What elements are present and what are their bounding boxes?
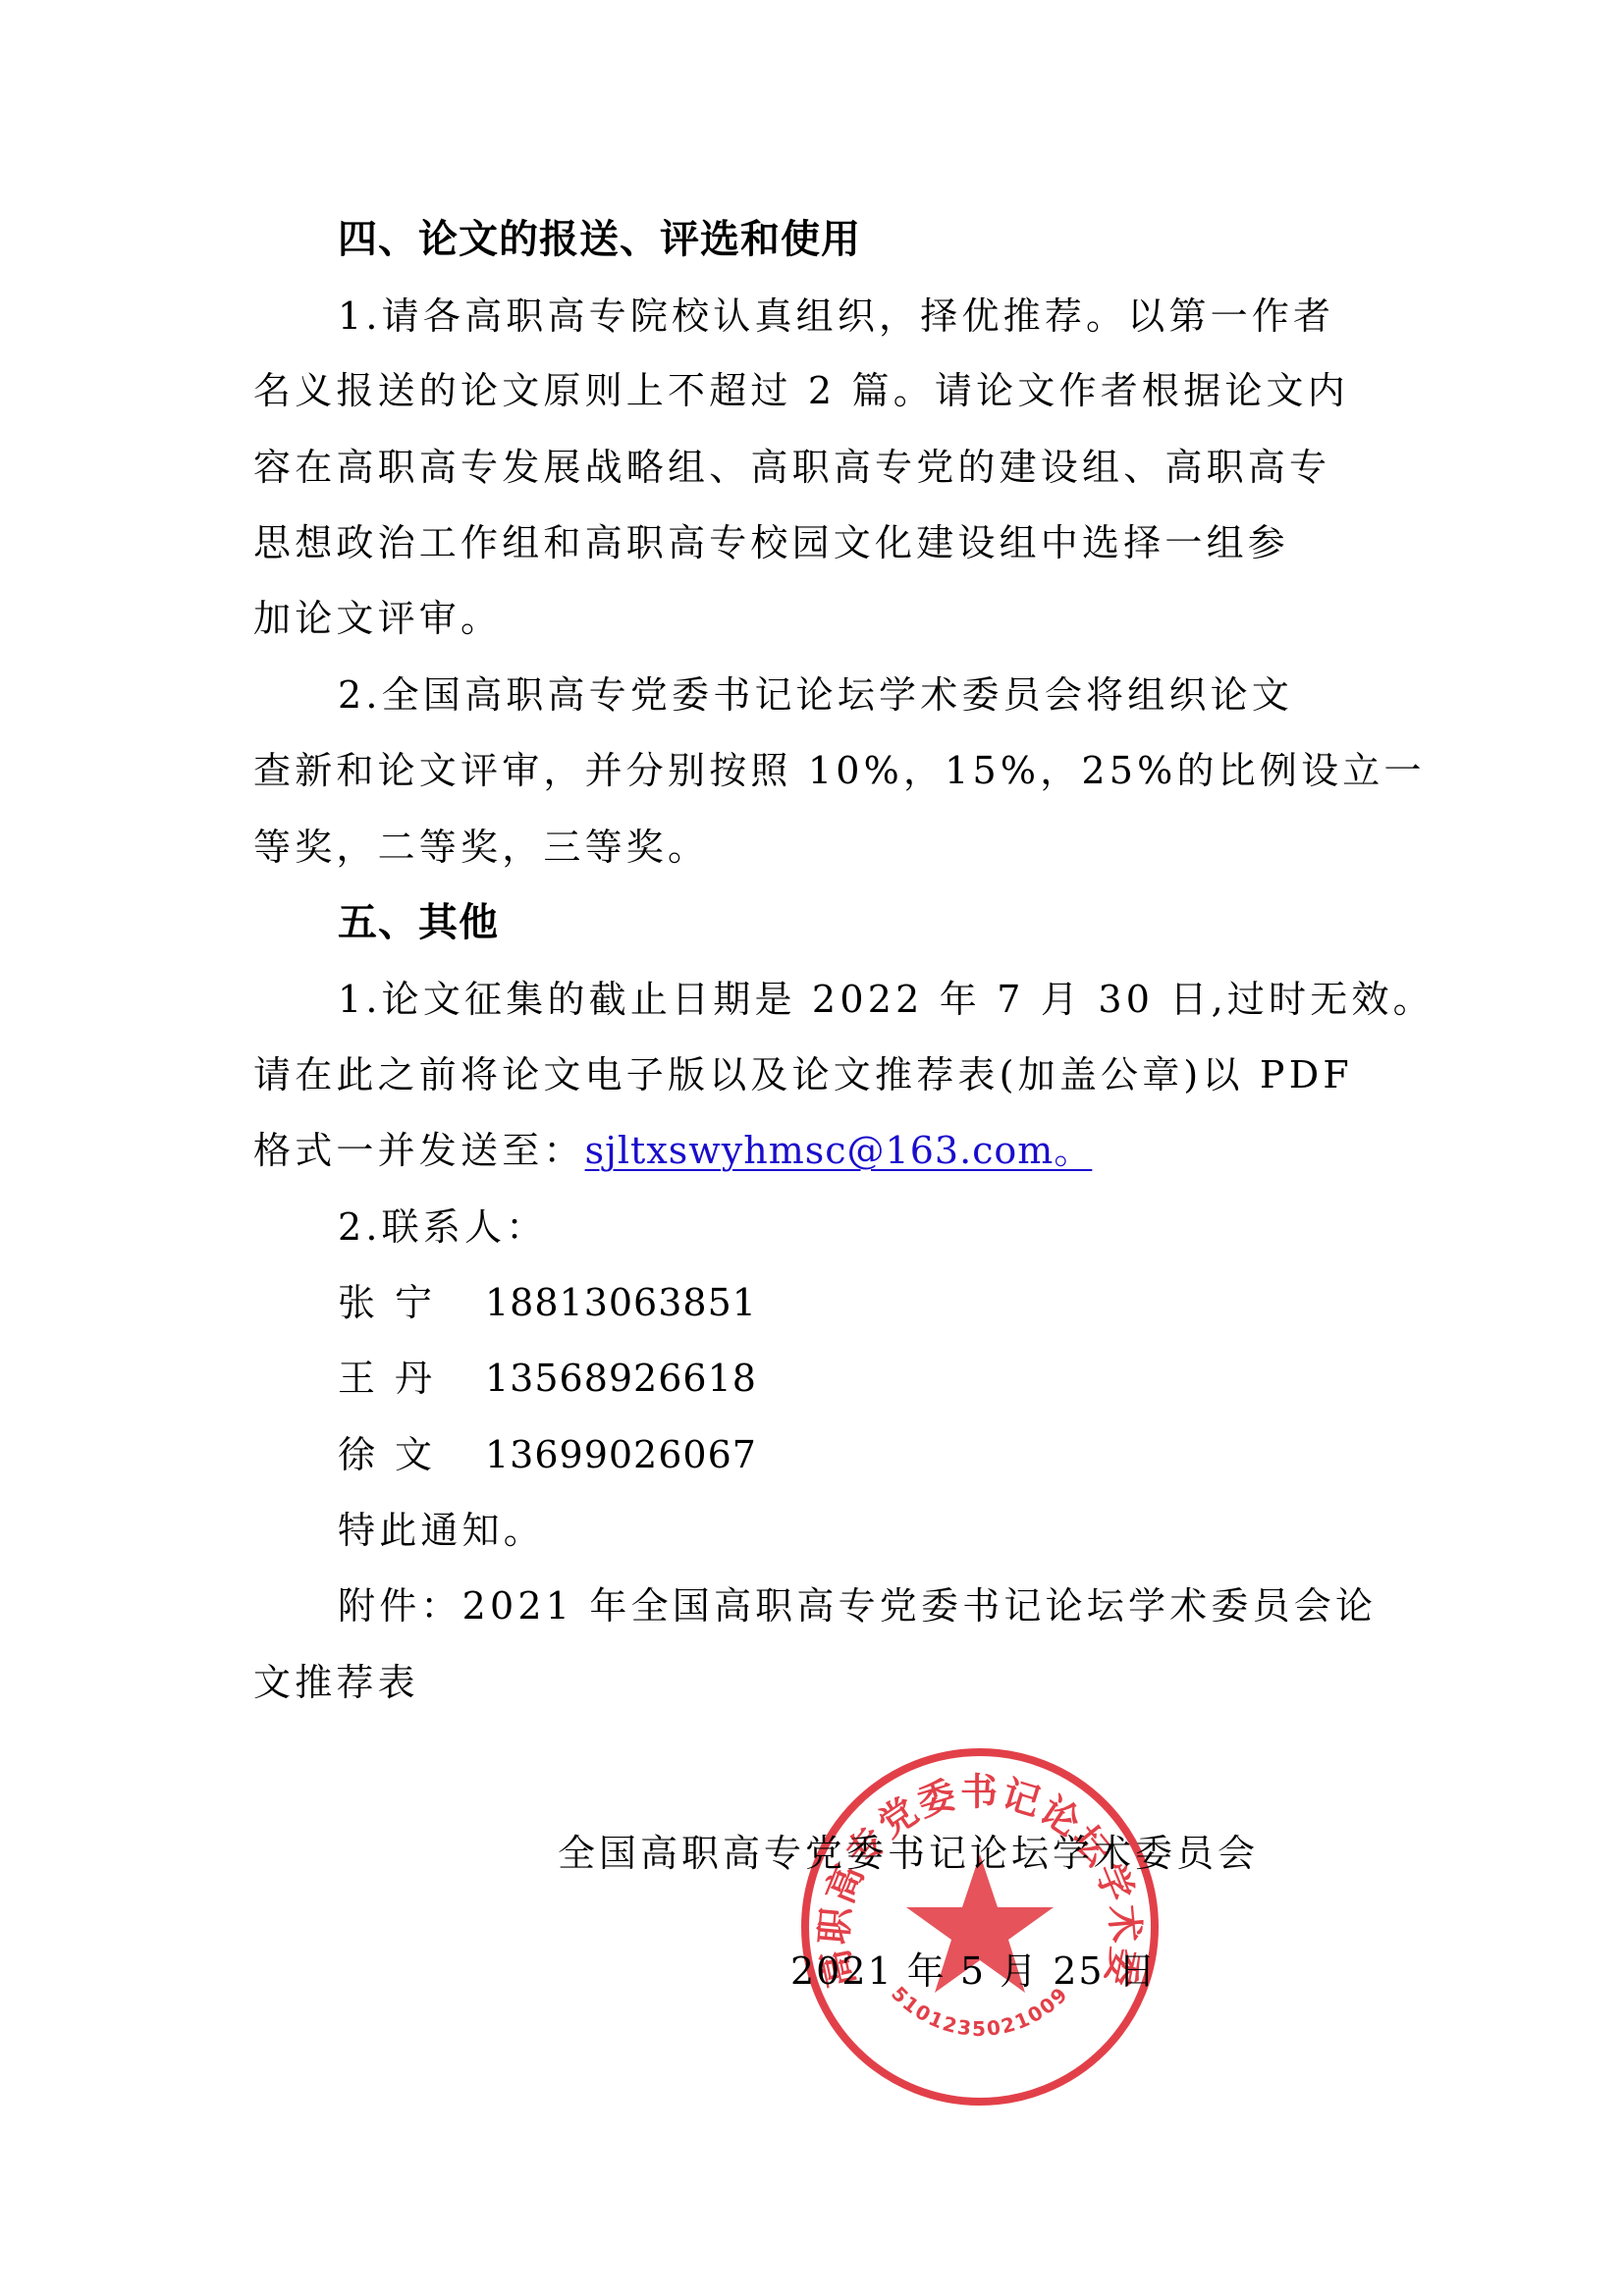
email-prefix: 格式一并发送至： — [253, 1129, 585, 1172]
section-4-item-1-line-1: 1.请各高职高专院校认真组织，择优推荐。以第一作者 — [338, 294, 1334, 338]
contact-phone: 13568926618 — [485, 1357, 757, 1400]
contact-name: 王丹 — [338, 1357, 485, 1400]
email-link[interactable]: sjltxswyhmsc@163.com。 — [585, 1129, 1093, 1172]
section-4-item-2-line-3: 等奖，二等奖，三等奖。 — [253, 826, 709, 869]
section-4-item-1-line-5: 加论文评审。 — [253, 597, 502, 640]
section-4-item-1-line-3: 容在高职高专发展战略组、高职高专党的建设组、高职高专 — [253, 446, 1330, 489]
contact-row: 徐文13699026067 — [338, 1433, 757, 1476]
section-4-item-2-line-1: 2.全国高职高专党委书记论坛学术委员会将组织论文 — [338, 673, 1293, 717]
attachment-line-2: 文推荐表 — [253, 1661, 419, 1704]
contact-name: 张宁 — [338, 1281, 485, 1324]
closing-text: 特此通知。 — [338, 1509, 545, 1552]
contact-row: 王丹13568926618 — [338, 1357, 757, 1400]
signature-organization: 全国高职高专党委书记论坛学术委员会 — [558, 1832, 1259, 1875]
section-5-heading: 五、其他 — [338, 901, 499, 944]
attachment-line-1: 附件：2021 年全国高职高专党委书记论坛学术委员会论 — [338, 1584, 1377, 1628]
contact-name: 徐文 — [338, 1433, 485, 1476]
section-4-item-1-line-4: 思想政治工作组和高职高专校园文化建设组中选择一组参 — [253, 521, 1289, 564]
section-5-item-1-line-3: 格式一并发送至：sjltxswyhmsc@163.com。 — [253, 1129, 1092, 1172]
contact-row: 张宁18813063851 — [338, 1281, 757, 1324]
contact-phone: 18813063851 — [485, 1281, 757, 1324]
contacts-label: 2.联系人： — [338, 1205, 547, 1249]
section-4-item-2-line-2: 查新和论文评审，并分别按照 10%，15%，25%的比例设立一 — [253, 749, 1426, 792]
contact-phone: 13699026067 — [485, 1433, 757, 1476]
section-4-heading: 四、论文的报送、评选和使用 — [338, 218, 861, 261]
section-5-item-1-line-1: 1.论文征集的截止日期是 2022 年 7 月 30 日,过时无效。 — [338, 978, 1435, 1021]
document-page: 四、论文的报送、评选和使用 1.请各高职高专院校认真组织，择优推荐。以第一作者 … — [0, 0, 1624, 2296]
section-5-item-1-line-2: 请在此之前将论文电子版以及论文推荐表(加盖公章)以 PDF — [253, 1053, 1353, 1096]
official-seal-icon: 全国高职高专党委书记论坛学术委员会 5101235021009 — [797, 1744, 1163, 2109]
section-4-item-1-line-2: 名义报送的论文原则上不超过 2 篇。请论文作者根据论文内 — [253, 369, 1349, 412]
signature-date: 2021 年 5 月 25 日 — [790, 1949, 1158, 1993]
